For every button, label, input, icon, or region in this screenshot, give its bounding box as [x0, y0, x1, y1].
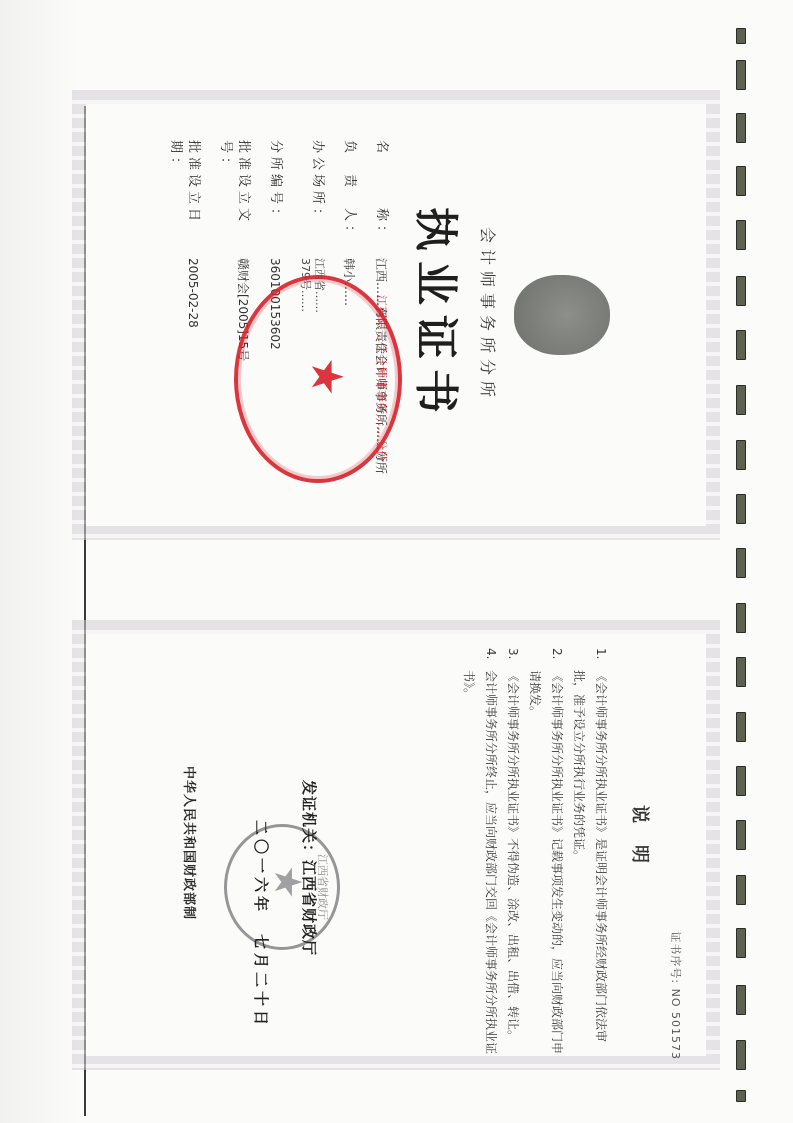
binding-mark — [736, 385, 746, 415]
decorative-border — [72, 620, 720, 1070]
binding-mark — [736, 1090, 746, 1102]
notes-list: 1. 《会计师事务所分所执业证书》是证明会计师事务所经财政部门依法审批，准予设立… — [458, 648, 612, 1058]
binding-mark — [736, 276, 746, 306]
scan-shadow — [0, 0, 80, 1123]
certificate-serial-number: 证书序号: NO 501573 — [668, 931, 684, 1060]
note-text: 《会计师事务所分所执业证书》不得伪造、涂改、出租、出借、转让。 — [502, 670, 524, 1042]
field-label: 批准设立文号： — [216, 140, 252, 258]
certificate-subtitle: 会计师事务所分所 — [477, 80, 500, 550]
binding-mark — [736, 494, 746, 524]
issue-date: 二〇一六年 七月二十日 — [251, 820, 272, 1029]
red-official-seal: 江西……会计师事务所……分所 ★ — [234, 275, 402, 483]
issuing-authority: 发证机关：江西省财政厅 — [299, 780, 320, 956]
binding-mark — [736, 820, 746, 850]
note-text: 《会计师事务所分所执业证书》是证明会计师事务所经财政部门依法审批，准予设立分所执… — [568, 670, 612, 1058]
star-icon: ★ — [304, 357, 348, 396]
binding-mark — [736, 1040, 746, 1070]
binding-mark — [736, 985, 746, 1015]
note-item: 1. 《会计师事务所分所执业证书》是证明会计师事务所经财政部门依法审批，准予设立… — [568, 648, 612, 1058]
field-label: 办公场所： — [298, 140, 326, 258]
note-number: 3. — [502, 648, 524, 670]
certificate-panel: 会计师事务所分所 执业证书 名 称： 江西……有限责任会计师事务所……分所 负 … — [100, 80, 720, 550]
national-emblem-icon — [514, 275, 610, 355]
binding-mark — [736, 712, 746, 742]
field-label: 分所编号： — [266, 140, 284, 258]
notes-panel: 证书序号: NO 501573 说明 1. 《会计师事务所分所执业证书》是证明会… — [100, 610, 720, 1080]
field-approval-date: 批准设立日期： 2005-02-28 — [166, 140, 202, 540]
field-value: 2005-02-28 — [166, 258, 202, 328]
note-item: 4. 会计师事务所分所终止，应当向财政部门交回《会计师事务所分所执业证书》。 — [458, 648, 502, 1058]
binding-mark — [736, 603, 746, 633]
note-number: 4. — [458, 648, 502, 670]
binding-mark — [736, 440, 746, 470]
binding-mark — [736, 60, 746, 90]
binding-mark — [736, 766, 746, 796]
issuer-seal: 江西省财政厅 ★ — [224, 824, 340, 950]
binding-mark — [736, 548, 746, 578]
binding-mark — [736, 113, 746, 143]
certificate-sheet: 会计师事务所分所 执业证书 名 称： 江西……有限责任会计师事务所……分所 负 … — [100, 80, 720, 1080]
seal-text: 江西……会计师事务所……分所 — [374, 289, 390, 469]
binding-mark — [736, 220, 746, 250]
maker-line: 中华人民共和国财政部制 — [181, 766, 200, 920]
note-item: 3. 《会计师事务所分所执业证书》不得伪造、涂改、出租、出借、转让。 — [502, 648, 524, 1058]
binding-mark — [736, 28, 746, 44]
binding-mark — [736, 928, 746, 958]
notes-title: 说明 — [628, 610, 654, 1080]
binding-mark — [736, 657, 746, 687]
binding-marks — [736, 0, 750, 1123]
field-label: 名 称： — [372, 140, 390, 258]
note-text: 《会计师事务所分所执业证书》记载事项发生变动的，应当向财政部门申请换发。 — [524, 670, 568, 1058]
binding-mark — [736, 875, 746, 905]
binding-mark — [736, 330, 746, 360]
note-number: 2. — [524, 648, 568, 670]
certificate-title: 执业证书 — [408, 80, 472, 550]
binding-mark — [736, 166, 746, 196]
field-label: 批准设立日期： — [166, 140, 202, 258]
field-label: 负 责 人： — [340, 140, 358, 258]
note-item: 2. 《会计师事务所分所执业证书》记载事项发生变动的，应当向财政部门申请换发。 — [524, 648, 568, 1058]
note-text: 会计师事务所分所终止，应当向财政部门交回《会计师事务所分所执业证书》。 — [458, 670, 502, 1058]
note-number: 1. — [568, 648, 612, 670]
